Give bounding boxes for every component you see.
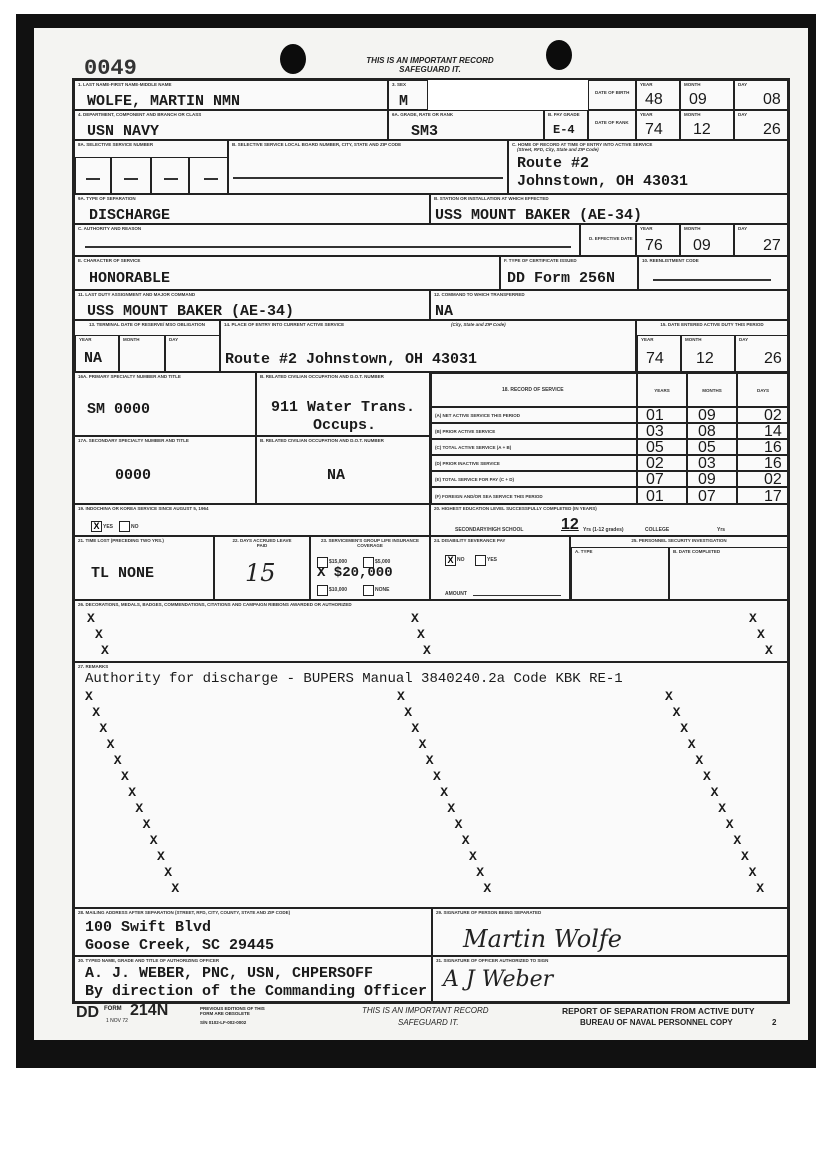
indochina-label: 19. INDOCHINA OR KOREA SERVICE SINCE AUG… [78, 506, 208, 511]
sex-label: 3. SEX [392, 82, 406, 87]
x-mark: X [680, 721, 688, 736]
footer-stock-number: S/N 0102-LF-002-0002 [200, 1020, 246, 1025]
ros-col-months: MONTHS [687, 373, 737, 407]
x-mark: X [733, 833, 741, 848]
year-label: YEAR [640, 82, 653, 87]
x-mark: X [171, 881, 179, 896]
ros-days: 02 [764, 407, 782, 423]
x-mark: X [726, 817, 734, 832]
birth-year: YEAR 48 [636, 80, 680, 110]
pay-grade-value: E-4 [553, 123, 575, 137]
x-mark: X [85, 689, 93, 704]
entered-day: DAY 26 [735, 335, 788, 372]
related-civilian-secondary: b. RELATED CIVILIAN OCCUPATION AND D.O.T… [256, 436, 430, 504]
x-mark: X [469, 849, 477, 864]
secondary-suffix: Yrs (1-12 grades) [583, 527, 624, 533]
blank-line [653, 279, 771, 281]
effective-month-value: 09 [693, 237, 711, 255]
x-mark: X [143, 817, 151, 832]
security-type: a. TYPE [571, 547, 669, 600]
ros-years: 03 [646, 423, 664, 439]
security-type-label: a. TYPE [575, 549, 593, 554]
related-civilian-label: b. RELATED CIVILIAN OCCUPATION AND D.O.T… [260, 374, 384, 379]
x-mark: X [121, 769, 129, 784]
separation-type-label: 9a. TYPE OF SEPARATION [78, 196, 136, 201]
signature-officer-label: 31. SIGNATURE OF OFFICER AUTHORIZED TO S… [436, 958, 548, 963]
day-label: DAY [169, 337, 178, 342]
birth-month-value: 09 [689, 91, 707, 109]
ros-row-label: (c) TOTAL ACTIVE SERVICE (a + b) [435, 445, 511, 450]
related-civilian-line-1: 911 Water Trans. [271, 399, 415, 416]
x-mark: X [95, 627, 103, 642]
time-lost-value: TL NONE [91, 565, 154, 582]
ros-years: 02 [646, 455, 664, 471]
amount-label: AMOUNT [445, 591, 467, 597]
notice-line-1: THIS IS AN IMPORTANT RECORD [350, 56, 510, 65]
birth-year-value: 48 [645, 91, 663, 109]
certificate-type: f. TYPE OF CERTIFICATE ISSUED DD Form 25… [500, 256, 638, 290]
rank-day-value: 26 [763, 121, 781, 139]
command-transferred: 12. COMMAND TO WHICH TRANSFERRED NA [430, 290, 788, 320]
rank-year-value: 74 [645, 121, 663, 139]
ros-row: (d) PRIOR INACTIVE SERVICE 02 03 16 [431, 455, 788, 471]
ros-row-label: (b) PRIOR ACTIVE SERVICE [435, 429, 495, 434]
ros-years: 05 [646, 439, 664, 455]
time-lost-label: 21. TIME LOST (Preceding Two Yrs.) [78, 538, 164, 543]
grade-field: 6a. GRADE, RATE OR RANK SM3 [388, 110, 544, 140]
effective-day: DAY 27 [734, 224, 788, 256]
x-mark: X [150, 833, 158, 848]
station-label: b. STATION OR INSTALLATION AT WHICH EFFE… [434, 196, 549, 201]
ros-row-label: (d) PRIOR INACTIVE SERVICE [435, 461, 500, 466]
remarks-label: 27. REMARKS [78, 664, 108, 669]
disability-severance: 24. DISABILITY SEVERANCE PAY X NO YES AM… [430, 536, 570, 600]
last-duty-label: 11. LAST DUTY ASSIGNMENT AND MAJOR COMMA… [78, 292, 195, 297]
terminal-date-label: 13. TERMINAL DATE OF RESERVE/ MSO OBLIGA… [75, 322, 219, 327]
authorizing-officer-label: 30. TYPED NAME, GRADE AND TITLE OF AUTHO… [78, 958, 219, 963]
place-of-entry-label: 14. PLACE OF ENTRY INTO CURRENT ACTIVE S… [224, 322, 344, 327]
footer-notice-1: THIS IS AN IMPORTANT RECORD [362, 1006, 489, 1015]
home-sublabel: (Street, RFD, City, State and ZIP Code) [517, 147, 599, 152]
education-level: 20. HIGHEST EDUCATION LEVEL SUCCESSFULLY… [430, 504, 788, 536]
footer-copy-number: 2 [772, 1018, 776, 1027]
ssn-part-3 [151, 157, 189, 194]
x-mark: X [107, 737, 115, 752]
selective-service-number: 8a. SELECTIVE SERVICE NUMBER [74, 140, 228, 194]
indochina-no-checkbox[interactable] [119, 521, 130, 532]
x-mark: X [447, 801, 455, 816]
x-mark: X [99, 721, 107, 736]
decorations: 26. DECORATIONS, MEDALS, BADGES, COMMEND… [74, 600, 788, 662]
insurance-opt4-label: NONE [375, 587, 389, 593]
authority-label: c. AUTHORITY AND REASON [78, 226, 141, 231]
ros-days: 16 [764, 455, 782, 471]
x-mark: X [417, 627, 425, 642]
record-of-service-table: 18. RECORD OF SERVICE YEARS MONTHS DAYS … [430, 372, 788, 504]
station-value: USS MOUNT BAKER (AE-34) [435, 207, 642, 224]
x-mark: X [765, 643, 773, 658]
ros-row-label: (a) NET ACTIVE SERVICE THIS PERIOD [435, 413, 520, 418]
x-mark: X [411, 611, 419, 626]
character-value: HONORABLE [89, 270, 170, 287]
ros-days: 16 [764, 439, 782, 455]
primary-specialty-value: SM 0000 [87, 401, 150, 418]
month-label: MONTH [685, 337, 702, 342]
birth-month: MONTH 09 [680, 80, 734, 110]
mailing-line-2: Goose Creek, SC 29445 [85, 937, 274, 954]
yes-label: YES [103, 524, 113, 530]
x-mark: X [756, 881, 764, 896]
ros-months: 03 [698, 455, 716, 471]
signature-officer: 31. SIGNATURE OF OFFICER AUTHORIZED TO S… [432, 956, 788, 1002]
command-label: 12. COMMAND TO WHICH TRANSFERRED [434, 292, 525, 297]
ros-col-years: YEARS [637, 373, 687, 407]
signature-officer-value: A J Weber [443, 967, 553, 992]
remarks-value: Authority for discharge - BUPERS Manual … [85, 671, 623, 687]
board-label: b. SELECTIVE SERVICE LOCAL BOARD NUMBER,… [232, 142, 401, 147]
rank-day: DAY 26 [734, 110, 788, 140]
ros-row-label: (f) FOREIGN AND/OR SEA SERVICE THIS PERI… [435, 494, 543, 499]
insurance-10000-checkbox[interactable] [317, 585, 328, 596]
no-label: NO [457, 557, 465, 563]
last-duty-assignment: 11. LAST DUTY ASSIGNMENT AND MAJOR COMMA… [74, 290, 430, 320]
separation-type: 9a. TYPE OF SEPARATION DISCHARGE [74, 194, 430, 224]
primary-specialty: 16a. PRIMARY SPECIALTY NUMBER AND TITLE … [74, 372, 256, 436]
ssn-label: 8a. SELECTIVE SERVICE NUMBER [78, 142, 153, 147]
leave-paid: 22. DAYS ACCRUED LEAVE PAID 15 [214, 536, 310, 600]
sex-value: M [399, 93, 408, 110]
month-label: MONTH [684, 112, 701, 117]
year-label: YEAR [641, 337, 654, 342]
selective-service-board: b. SELECTIVE SERVICE LOCAL BOARD NUMBER,… [228, 140, 508, 194]
related-civilian-secondary-label: b. RELATED CIVILIAN OCCUPATION AND D.O.T… [260, 438, 384, 443]
grade-value: SM3 [411, 123, 438, 140]
name-label: 1. LAST NAME-FIRST NAME-MIDDLE NAME [78, 82, 172, 87]
rank-date-label-cell: DATE OF RANK [588, 110, 636, 140]
secondary-school-label: SECONDARY/HIGH SCHOOL [455, 527, 523, 533]
pay-grade-label: b. PAY GRADE [548, 112, 580, 117]
sex-field: 3. SEX M [388, 80, 428, 110]
x-mark: X [423, 643, 431, 658]
name-field: 1. LAST NAME-FIRST NAME-MIDDLE NAME WOLF… [74, 80, 388, 110]
rank-month: MONTH 12 [680, 110, 734, 140]
ros-row: (a) NET ACTIVE SERVICE THIS PERIOD 01 09… [431, 407, 788, 423]
college-label: COLLEGE [645, 527, 669, 533]
x-mark: X [426, 753, 434, 768]
secondary-school-value: 12 [561, 516, 579, 534]
ros-col-days: DAYS [737, 373, 788, 407]
x-mark: X [673, 705, 681, 720]
ros-col-years-label: YEARS [638, 388, 686, 393]
certificate-value: DD Form 256N [507, 270, 615, 287]
ros-months: 08 [698, 423, 716, 439]
pay-grade-field: b. PAY GRADE E-4 [544, 110, 588, 140]
disability-no-checkbox[interactable]: X [445, 555, 456, 566]
x-mark: X [411, 721, 419, 736]
year-label: YEAR [79, 337, 92, 342]
character-of-service: e. CHARACTER OF SERVICE HONORABLE [74, 256, 500, 290]
x-mark: X [757, 627, 765, 642]
place-of-entry: 14. PLACE OF ENTRY INTO CURRENT ACTIVE S… [220, 320, 636, 372]
authorizing-officer-line-2: By direction of the Commanding Officer [85, 983, 427, 1000]
name-value: WOLFE, MARTIN NMN [87, 93, 240, 110]
year-label: YEAR [640, 112, 653, 117]
day-label: DAY [738, 226, 747, 231]
branch-label: 4. DEPARTMENT, COMPONENT AND BRANCH OR C… [78, 112, 201, 117]
x-mark: X [397, 689, 405, 704]
effective-month: MONTH 09 [680, 224, 734, 256]
x-mark: X [135, 801, 143, 816]
ros-days: 14 [764, 423, 782, 439]
entered-year: YEAR 74 [637, 335, 681, 372]
date-entered-label: 15. DATE ENTERED ACTIVE DUTY THIS PERIOD [637, 322, 787, 327]
ros-row: (c) TOTAL ACTIVE SERVICE (a + b) 05 05 1… [431, 439, 788, 455]
x-mark: X [157, 849, 165, 864]
ssn-part-2 [111, 157, 151, 194]
ros-months: 09 [698, 407, 716, 423]
secondary-specialty-label: 17a. SECONDARY SPECIALTY NUMBER AND TITL… [78, 438, 189, 443]
footer-title: REPORT OF SEPARATION FROM ACTIVE DUTY [562, 1006, 755, 1016]
punch-hole-left [280, 44, 306, 74]
effective-day-value: 27 [763, 237, 781, 255]
month-label: MONTH [684, 226, 701, 231]
x-mark: X [114, 753, 122, 768]
notice-line-2: SAFEGUARD IT. [350, 65, 510, 74]
related-civilian-line-2: Occups. [313, 417, 376, 434]
birth-date-label-cell: DATE OF BIRTH [588, 80, 636, 110]
remarks: 27. REMARKS Authority for discharge - BU… [74, 662, 788, 908]
ros-days: 02 [764, 471, 782, 487]
command-value: NA [435, 303, 453, 320]
insurance-selected: X $20,000 [317, 565, 393, 581]
x-mark: X [703, 769, 711, 784]
x-mark: X [665, 689, 673, 704]
authority-reason: c. AUTHORITY AND REASON [74, 224, 580, 256]
place-of-entry-value: Route #2 Johnstown, OH 43031 [225, 351, 477, 368]
reenlistment-label: 10. REENLISTMENT CODE [642, 258, 699, 263]
mailing-line-1: 100 Swift Blvd [85, 919, 211, 936]
home-line-2: Johnstown, OH 43031 [517, 173, 688, 190]
x-mark: X [711, 785, 719, 800]
separation-type-value: DISCHARGE [89, 207, 170, 224]
decorations-label: 26. DECORATIONS, MEDALS, BADGES, COMMEND… [78, 602, 352, 607]
signature-separated: 29. SIGNATURE OF PERSON BEING SEPARATED … [432, 908, 788, 956]
punch-hole-right [546, 40, 572, 70]
ros-row: (f) FOREIGN AND/OR SEA SERVICE THIS PERI… [431, 487, 788, 504]
ros-row: (b) PRIOR ACTIVE SERVICE 03 08 14 [431, 423, 788, 439]
x-mark: X [128, 785, 136, 800]
footer-dd: DD [76, 1004, 99, 1022]
ros-row-label: (e) TOTAL SERVICE FOR PAY (c + d) [435, 477, 514, 482]
ros-days: 17 [764, 488, 782, 504]
secondary-specialty-value: 0000 [115, 467, 151, 484]
footer-form-number: 214N [130, 1002, 168, 1020]
birth-label: DATE OF BIRTH [595, 90, 629, 95]
indochina-yes-checkbox[interactable]: X [91, 521, 102, 532]
birth-day-value: 08 [763, 91, 781, 109]
birth-day: DAY 08 [734, 80, 788, 110]
header-notice: THIS IS AN IMPORTANT RECORD SAFEGUARD IT… [350, 56, 510, 74]
branch-value: USN NAVY [87, 123, 159, 140]
dd214-form: 1. LAST NAME-FIRST NAME-MIDDLE NAME WOLF… [72, 78, 790, 1004]
signature-separated-label: 29. SIGNATURE OF PERSON BEING SEPARATED [436, 910, 541, 915]
terminal-year: YEAR NA [75, 335, 119, 372]
mailing-address-label: 28. MAILING ADDRESS AFTER SEPARATION (St… [78, 910, 290, 915]
insurance-coverage: 23. SERVICEMEN'S GROUP LIFE INSURANCE CO… [310, 536, 430, 600]
footer-previous-editions: PREVIOUS EDITIONS OF THIS FORM ARE OBSOL… [200, 1006, 270, 1016]
terminal-month: MONTH [119, 335, 165, 372]
insurance-label: 23. SERVICEMEN'S GROUP LIFE INSURANCE CO… [311, 538, 429, 548]
ros-row: (e) TOTAL SERVICE FOR PAY (c + d) 07 09 … [431, 471, 788, 487]
secondary-specialty: 17a. SECONDARY SPECIALTY NUMBER AND TITL… [74, 436, 256, 504]
insurance-opt3-label: $10,000 [329, 587, 347, 593]
x-mark: X [741, 849, 749, 864]
ros-header: 18. RECORD OF SERVICE [431, 373, 637, 407]
ros-years: 07 [646, 471, 664, 487]
security-date-label: b. DATE COMPLETED [673, 549, 720, 554]
character-label: e. CHARACTER OF SERVICE [78, 258, 140, 263]
ros-months: 07 [698, 488, 716, 504]
college-suffix: Yrs [717, 527, 725, 533]
x-mark: X [455, 817, 463, 832]
ros-col-months-label: MONTHS [688, 388, 736, 393]
primary-specialty-label: 16a. PRIMARY SPECIALTY NUMBER AND TITLE [78, 374, 181, 379]
reenlistment-code: 10. REENLISTMENT CODE [638, 256, 788, 290]
ssn-part-4 [189, 157, 228, 194]
x-mark: X [101, 643, 109, 658]
ros-years: 01 [646, 407, 664, 423]
rank-month-value: 12 [693, 121, 711, 139]
branch-field: 4. DEPARTMENT, COMPONENT AND BRANCH OR C… [74, 110, 388, 140]
no-label: NO [131, 524, 139, 530]
day-label: DAY [738, 112, 747, 117]
authorizing-officer: 30. TYPED NAME, GRADE AND TITLE OF AUTHO… [74, 956, 432, 1002]
x-mark: X [92, 705, 100, 720]
x-mark: X [462, 833, 470, 848]
blank-line [233, 177, 503, 179]
leave-paid-label: 22. DAYS ACCRUED LEAVE PAID [215, 538, 309, 548]
date-entered-active-duty: 15. DATE ENTERED ACTIVE DUTY THIS PERIOD… [636, 320, 788, 372]
entered-month-value: 12 [696, 350, 714, 368]
entered-year-value: 74 [646, 350, 664, 368]
terminal-date: 13. TERMINAL DATE OF RESERVE/ MSO OBLIGA… [74, 320, 220, 372]
x-mark: X [718, 801, 726, 816]
footer-form-label: FORM [104, 1006, 122, 1012]
ros-months: 05 [698, 439, 716, 455]
disability-yes-checkbox[interactable] [475, 555, 486, 566]
redacted-ssn [428, 80, 588, 110]
ssn-part-1 [75, 157, 111, 194]
certificate-label: f. TYPE OF CERTIFICATE ISSUED [504, 258, 577, 263]
x-mark: X [87, 611, 95, 626]
day-label: DAY [739, 337, 748, 342]
blank-line [85, 246, 571, 248]
related-civilian-secondary-value: NA [327, 467, 345, 484]
indochina-service: 19. INDOCHINA OR KOREA SERVICE SINCE AUG… [74, 504, 430, 536]
x-mark: X [440, 785, 448, 800]
day-label: DAY [738, 82, 747, 87]
amount-line [473, 595, 561, 596]
station: b. STATION OR INSTALLATION AT WHICH EFFE… [430, 194, 788, 224]
home-line-1: Route #2 [517, 155, 589, 172]
leave-paid-value: 15 [245, 559, 276, 587]
ros-months: 09 [698, 471, 716, 487]
x-mark: X [688, 737, 696, 752]
footer-date: 1 NOV 72 [106, 1018, 128, 1024]
ros-col-days-label: DAYS [738, 388, 788, 393]
effective-date-label-cell: d. EFFECTIVE DATE [580, 224, 636, 256]
x-mark: X [433, 769, 441, 784]
disability-label: 24. DISABILITY SEVERANCE PAY [434, 538, 505, 543]
x-mark: X [483, 881, 491, 896]
footer-notice-2: SAFEGUARD IT. [398, 1018, 459, 1027]
ros-title: 18. RECORD OF SERVICE [502, 388, 564, 393]
x-mark: X [749, 865, 757, 880]
rank-year: YEAR 74 [636, 110, 680, 140]
effective-year-value: 76 [645, 237, 663, 255]
signature-separated-value: Martin Wolfe [463, 925, 622, 953]
rank-date-label: DATE OF RANK [595, 120, 629, 125]
terminal-day: DAY [165, 335, 220, 372]
time-lost: 21. TIME LOST (Preceding Two Yrs.) TL NO… [74, 536, 214, 600]
year-label: YEAR [640, 226, 653, 231]
security-date: b. DATE COMPLETED [669, 547, 788, 600]
effective-date-label: d. EFFECTIVE DATE [589, 236, 633, 241]
footer-copy: BUREAU OF NAVAL PERSONNEL COPY [580, 1018, 733, 1027]
x-mark: X [695, 753, 703, 768]
x-mark: X [476, 865, 484, 880]
grade-label: 6a. GRADE, RATE OR RANK [392, 112, 453, 117]
yes-label: YES [487, 557, 497, 563]
entered-month: MONTH 12 [681, 335, 735, 372]
month-label: MONTH [123, 337, 140, 342]
home-of-record: c. HOME OF RECORD AT TIME OF ENTRY INTO … [508, 140, 788, 194]
related-civilian-primary: b. RELATED CIVILIAN OCCUPATION AND D.O.T… [256, 372, 430, 436]
x-mark: X [419, 737, 427, 752]
authorizing-officer-line-1: A. J. WEBER, PNC, USN, CHPERSOFF [85, 965, 373, 982]
x-mark: X [749, 611, 757, 626]
month-label: MONTH [684, 82, 701, 87]
ros-years: 01 [646, 488, 664, 504]
security-investigation: 25. PERSONNEL SECURITY INVESTIGATION a. … [570, 536, 788, 600]
mailing-address: 28. MAILING ADDRESS AFTER SEPARATION (St… [74, 908, 432, 956]
x-mark: X [404, 705, 412, 720]
terminal-year-value: NA [84, 350, 102, 367]
x-mark: X [164, 865, 172, 880]
insurance-none-checkbox[interactable] [363, 585, 374, 596]
last-duty-value: USS MOUNT BAKER (AE-34) [87, 303, 294, 320]
entered-day-value: 26 [764, 350, 782, 368]
education-label: 20. HIGHEST EDUCATION LEVEL SUCCESSFULLY… [434, 506, 597, 511]
security-label: 25. PERSONNEL SECURITY INVESTIGATION [571, 538, 787, 543]
place-of-entry-sublabel: (City, State and ZIP Code) [451, 322, 506, 327]
effective-year: YEAR 76 [636, 224, 680, 256]
